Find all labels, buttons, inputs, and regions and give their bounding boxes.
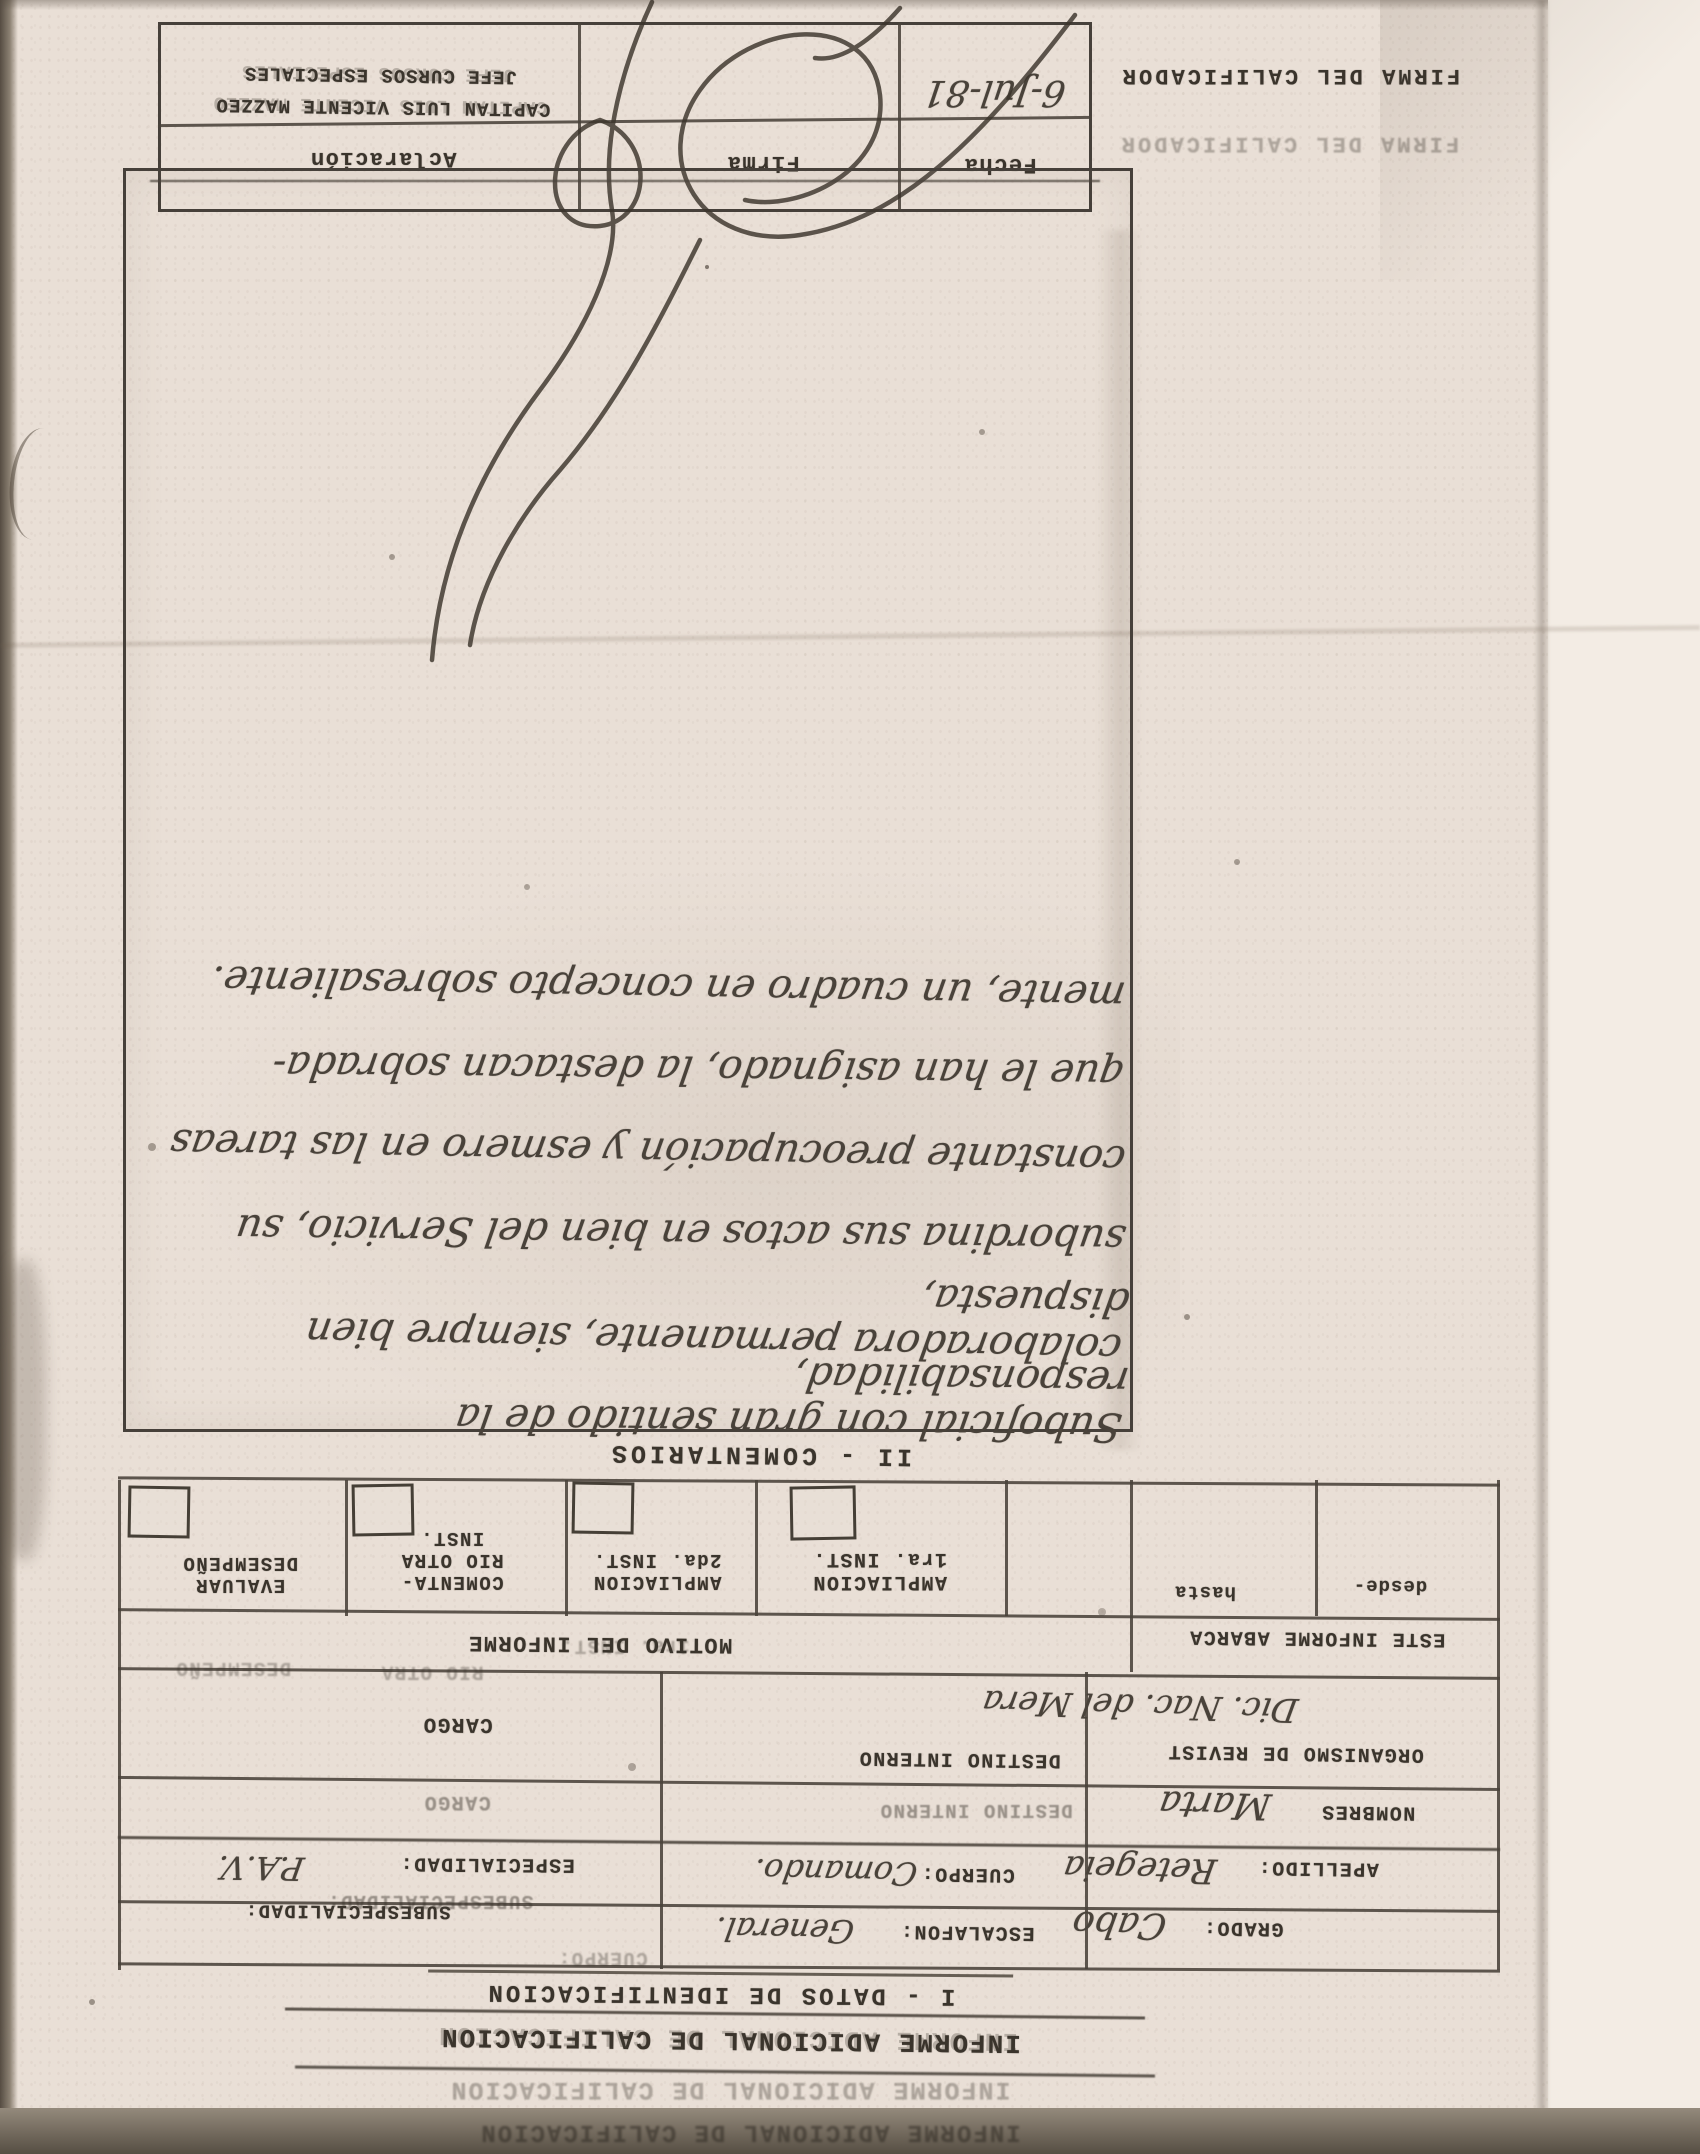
organismo-value-handwritten: Dic. Nac. del Mera bbox=[975, 1672, 1305, 1740]
motivo-col-divider-4 bbox=[1005, 1480, 1008, 1616]
especialidad-label: ESPECIALIDAD: bbox=[362, 1849, 612, 1879]
organismo-de-revista-label: ORGANISMO DE REVIST bbox=[1098, 1735, 1493, 1771]
cuerpo-value-handwritten: Comando. bbox=[744, 1844, 927, 1900]
right-fold-crease bbox=[1534, 0, 1550, 2154]
option-ampliacion2-line1: AMPLIACION bbox=[592, 1570, 721, 1592]
id-table-right-border bbox=[1497, 1480, 1500, 1970]
nombres-value-handwritten: Marta bbox=[1135, 1774, 1294, 1834]
option-ampliacion1-line2: 1ra. INST. bbox=[812, 1547, 947, 1570]
option-ampliacion2-line2: 2da. INST. bbox=[592, 1548, 721, 1570]
option-comentario-line3: INST. bbox=[420, 1526, 485, 1548]
comment-line-1: Suboficial con gran sentido de la respon… bbox=[134, 1351, 1131, 1443]
firma-del-calificador-ghost: FIRMA DEL CALIFICADOR bbox=[1094, 126, 1484, 160]
id-table-top-line bbox=[118, 1476, 1500, 1486]
option-comentario-line1: COMENTA- bbox=[400, 1570, 503, 1592]
option-ampliacion-1ra: AMPLIACION 1ra. INST. bbox=[762, 1540, 997, 1600]
destino-interno-ghost: DESTINO INTERNO bbox=[856, 1795, 1096, 1823]
destino-interno-label: DESTINO INTERNO bbox=[832, 1742, 1087, 1776]
report-title: INFORME ADICIONAL DE CALIFICACION bbox=[348, 2016, 1113, 2062]
checkbox-evaluar-desempeno bbox=[128, 1485, 191, 1538]
report-title-bottom-band-ghost: INFORME ADICIONAL DE CALIFICACION bbox=[370, 2114, 1130, 2148]
checkbox-ampliacion-2da bbox=[572, 1481, 635, 1534]
option-comentario-line2: RIO OTRA bbox=[400, 1548, 503, 1570]
left-edge-shadow bbox=[0, 0, 18, 2154]
id-table-left-border bbox=[118, 1480, 121, 1970]
grado-label: GRADO: bbox=[1178, 1913, 1308, 1943]
nombres-label: NOMBRES bbox=[1288, 1797, 1448, 1827]
cuerpo-ghost: CUERPO: bbox=[535, 1944, 670, 1970]
motivo-ghost-1ra-inst: 1ra. INST. bbox=[555, 1630, 695, 1660]
right-paper-fold-strip bbox=[1548, 0, 1700, 2154]
comments-box-ghost-line bbox=[150, 180, 1100, 182]
desde-label: desde- bbox=[1330, 1569, 1450, 1600]
section-comentarios-title: II - COMENTARIOS bbox=[500, 1433, 1020, 1475]
apellido-label: APELLIDO: bbox=[1228, 1853, 1408, 1884]
option-evaluar-line2: DESEMPEÑO bbox=[182, 1551, 298, 1573]
option-ghost-otra: RIO OTRA bbox=[352, 1656, 512, 1686]
apellido-value-handwritten: Retegeia bbox=[1035, 1838, 1244, 1898]
motivo-col-divider-1 bbox=[345, 1480, 348, 1616]
escalafon-label: ESCALAFON: bbox=[872, 1917, 1062, 1948]
option-ampliacion-2da: AMPLIACION 2da. INST. bbox=[562, 1540, 752, 1600]
escalafon-value-handwritten: General. bbox=[688, 1902, 881, 1958]
left-blotch bbox=[0, 1260, 46, 1560]
firma-del-calificador-label: FIRMA DEL CALIFICADOR bbox=[1100, 58, 1480, 92]
desde-hasta-divider bbox=[1315, 1480, 1318, 1616]
section-identificacion-title: I - DATOS DE IDENTIFICACION bbox=[428, 1969, 1013, 2013]
report-title-ghost: INFORME ADICIONAL DE CALIFICACION bbox=[340, 2072, 1120, 2106]
checkbox-ampliacion-1ra bbox=[790, 1485, 857, 1540]
id-table-bottom-line bbox=[118, 1962, 1500, 1972]
cargo-label: CARGO bbox=[375, 1707, 540, 1738]
option-ampliacion1-line1: AMPLIACION bbox=[812, 1570, 947, 1593]
comment-line-5: que le han asignado, la destacan sobrada… bbox=[134, 1025, 1131, 1113]
subespecialidad-label: SUBESPECIALIDAD: bbox=[200, 1895, 495, 1925]
option-ghost-desempeno: DESEMPEÑO bbox=[128, 1652, 338, 1682]
hasta-label: hasta bbox=[1150, 1575, 1260, 1606]
scanned-document-page: Fecha Firma Aclaración 6-Jul-81 JEFE CUR… bbox=[0, 0, 1700, 2154]
option-evaluar-desempeno: EVALUAR DESEMPEÑO bbox=[140, 1543, 340, 1603]
grado-value-handwritten: Cabo bbox=[1047, 1894, 1191, 1953]
cargo-ghost: CARGO bbox=[382, 1788, 532, 1816]
option-comentario-otra: COMENTA- RIO OTRA INST. bbox=[352, 1512, 552, 1606]
este-informe-abarca-label: ESTE INFORME ABARCA bbox=[1142, 1620, 1492, 1656]
cargo-destino-divider bbox=[660, 1672, 663, 1969]
motivo-col-divider-3 bbox=[755, 1480, 758, 1616]
id-table-line-labels bbox=[118, 1608, 1500, 1621]
option-evaluar-line1: EVALUAR bbox=[195, 1573, 285, 1595]
abarca-cell-left-border bbox=[1130, 1480, 1133, 1672]
